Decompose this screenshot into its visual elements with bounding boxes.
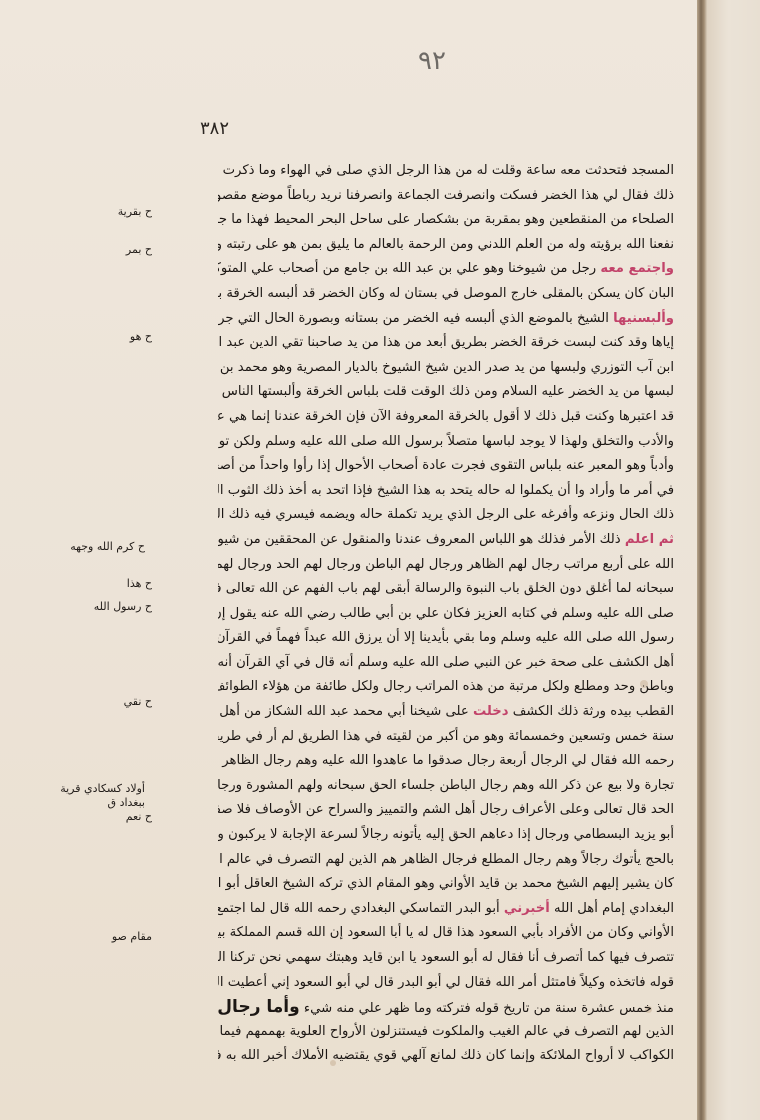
- text-line: رحمه الله فقال لي الرجال أربعة رجال صدقو…: [218, 749, 674, 774]
- text-line: قد اعتبرها وكنت قبل ذلك لا أقول بالخرقة …: [218, 405, 674, 430]
- line-text: على شيخنا أبي محمد عبد الله الشكاز من أه…: [218, 704, 469, 719]
- line-text: وأدباً وهو المعبر عنه بلباس التقوى فجرت …: [218, 458, 674, 473]
- text-line: ذلك الحال ونزعه وأفرغه على الرجل الذي ير…: [218, 503, 674, 528]
- text-line: الحد قال تعالى وعلى الأعراف رجال أهل الش…: [218, 798, 674, 823]
- rubric-heading: واجتمع معه: [600, 261, 674, 276]
- line-text: أبو يزيد البسطامي ورجال إذا دعاهم الحق إ…: [218, 827, 674, 842]
- section-heading: وأما رجال الباطن: [218, 997, 300, 1017]
- text-line: القطب بيده ورثة ذلك الكشف دخلت على شيخنا…: [218, 700, 674, 725]
- line-text: رحمه الله فقال لي الرجال أربعة رجال صدقو…: [218, 753, 674, 768]
- margin-note: ح هو: [82, 330, 152, 344]
- text-line: تتصرف فيها كما أتصرف أنا فقال له أبو الس…: [218, 946, 674, 971]
- text-line: الذين لهم التصرف في عالم الغيب والملكوت …: [218, 1020, 674, 1045]
- line-text: والأدب والتخلق ولهذا لا يوجد لباسها متصل…: [218, 434, 674, 449]
- line-text: لبسها من يد الخضر عليه السلام ومن ذلك ال…: [218, 384, 674, 399]
- line-text: الحد قال تعالى وعلى الأعراف رجال أهل الش…: [218, 802, 674, 817]
- text-line: وألبسنيها الشيخ بالموضع الذي ألبسه فيه ا…: [218, 307, 674, 332]
- line-text: ذلك فقال لي هذا الخضر فسكت وانصرفت الجما…: [218, 188, 674, 203]
- text-line: أبو يزيد البسطامي ورجال إذا دعاهم الحق إ…: [218, 823, 674, 848]
- text-line: في أمر ما وأراد وا أن يكملوا له حاله يتح…: [218, 479, 674, 504]
- line-text: الصلحاء من المنقطعين وهو بمقربة من بشكصا…: [218, 212, 674, 227]
- line-text: الذين لهم التصرف في عالم الغيب والملكوت …: [218, 1024, 674, 1039]
- text-line: والأدب والتخلق ولهذا لا يوجد لباسها متصل…: [218, 430, 674, 455]
- line-text: الأواني وكان من الأفراد بأبي السعود هذا …: [218, 925, 674, 940]
- line-text: البغدادي إمام أهل الله: [554, 901, 674, 916]
- text-line: ثم اعلم ذلك الأمر فذلك هو اللباس المعروف…: [218, 528, 674, 553]
- text-line: قوله فاتخذه وكيلاً فامتثل أمر الله فقال …: [218, 971, 674, 996]
- line-text: منذ خمس عشرة سنة من تاريخ قوله فتركته وم…: [304, 1001, 674, 1016]
- text-line: وأدباً وهو المعبر عنه بلباس التقوى فجرت …: [218, 454, 674, 479]
- line-text: ذلك الحال ونزعه وأفرغه على الرجل الذي ير…: [218, 507, 674, 522]
- text-line: الأواني وكان من الأفراد بأبي السعود هذا …: [218, 921, 674, 946]
- line-text: المسجد فتحدثت معه ساعة وقلت له من هذا ال…: [218, 163, 674, 178]
- text-line: الكواكب لا أرواح الملائكة وإنما كان ذلك …: [218, 1044, 674, 1069]
- margin-note: ح كرم الله وجهه: [35, 540, 145, 554]
- adjacent-page-edge: [707, 0, 760, 1120]
- text-line: ذلك فقال لي هذا الخضر فسكت وانصرفت الجما…: [218, 184, 674, 209]
- line-text: في أمر ما وأراد وا أن يكملوا له حاله يتح…: [218, 483, 674, 498]
- line-text: أبو البدر التماسكي البغدادي رحمه الله قا…: [218, 901, 500, 916]
- text-line: رسول الله صلى الله عليه وسلم وما بقي بأي…: [218, 626, 674, 651]
- line-text: كان يشير إليهم الشيخ محمد بن قايد الأوان…: [218, 876, 674, 891]
- line-text: صلى الله عليه وسلم في كتابه العزيز فكان …: [218, 606, 674, 621]
- rubric-heading: أخبرني: [504, 901, 550, 916]
- margin-note: ح بقرية: [82, 205, 152, 219]
- line-text: نفعنا الله برؤيته وله من العلم اللدني وم…: [218, 237, 674, 252]
- margin-note: ح نقي: [82, 695, 152, 709]
- line-text: رجل من شيوخنا وهو علي بن عبد الله بن جام…: [218, 261, 596, 276]
- text-line: إياها وقد كنت لبست خرقة الخضر بطريق أبعد…: [218, 331, 674, 356]
- line-text: سنة خمس وتسعين وخمسمائة وهو من أكبر من ل…: [218, 729, 674, 744]
- line-text: تتصرف فيها كما أتصرف أنا فقال له أبو الس…: [218, 950, 674, 965]
- margin-note: مقام صو: [82, 930, 152, 944]
- text-line: تجارة ولا بيع عن ذكر الله وهم رجال الباط…: [218, 774, 674, 799]
- text-line: صلى الله عليه وسلم في كتابه العزيز فكان …: [218, 602, 674, 627]
- line-text: ذلك الأمر فذلك هو اللباس المعروف عندنا و…: [218, 532, 621, 547]
- margin-note: أولاد كسكادي قرية ببغداد ق: [35, 782, 145, 810]
- line-text: الشيخ بالموضع الذي ألبسه فيه الخضر من بس…: [218, 311, 609, 326]
- line-text: البان كان يسكن بالمقلى خارج الموصل في بس…: [218, 286, 674, 301]
- text-line: منذ خمس عشرة سنة من تاريخ قوله فتركته وم…: [218, 995, 674, 1020]
- text-line: واجتمع معه رجل من شيوخنا وهو علي بن عبد …: [218, 257, 674, 282]
- line-text: بالحج يأتوك رجالاً وهم رجال المطلع فرجال…: [218, 852, 674, 867]
- line-text: رسول الله صلى الله عليه وسلم وما بقي بأي…: [218, 630, 674, 645]
- margin-note: ح بمر: [82, 243, 152, 257]
- line-text: تجارة ولا بيع عن ذكر الله وهم رجال الباط…: [218, 778, 674, 793]
- margin-note: ح نعم: [82, 810, 152, 824]
- line-text: أهل الكشف على صحة خبر عن النبي صلى الله …: [218, 655, 674, 670]
- margin-note: ح رسول الله: [82, 600, 152, 614]
- rubric-heading: وألبسنيها: [613, 311, 674, 326]
- catchword-mark: ٣٨٢: [200, 118, 229, 139]
- text-line: وباطن وحد ومطلع ولكل مرتبة من هذه المرات…: [218, 675, 674, 700]
- manuscript-page: ٩٢ ٣٨٢ المسجد فتحدثت معه ساعة وقلت له من…: [0, 0, 700, 1120]
- rubric-heading: دخلت: [473, 704, 509, 719]
- text-line: الصلحاء من المنقطعين وهو بمقربة من بشكصا…: [218, 208, 674, 233]
- text-line: البغدادي إمام أهل الله أخبرني أبو البدر …: [218, 897, 674, 922]
- text-line: بالحج يأتوك رجالاً وهم رجال المطلع فرجال…: [218, 848, 674, 873]
- line-text: القطب بيده ورثة ذلك الكشف: [513, 704, 674, 719]
- rubric-heading: ثم اعلم: [625, 532, 674, 547]
- line-text: إياها وقد كنت لبست خرقة الخضر بطريق أبعد…: [218, 335, 674, 350]
- text-line: البان كان يسكن بالمقلى خارج الموصل في بس…: [218, 282, 674, 307]
- text-line: ابن آب التوزري ولبسها من يد صدر الدين شي…: [218, 356, 674, 381]
- line-text: قد اعتبرها وكنت قبل ذلك لا أقول بالخرقة …: [218, 409, 674, 424]
- text-line: أهل الكشف على صحة خبر عن النبي صلى الله …: [218, 651, 674, 676]
- text-line: سبحانه لما أغلق دون الخلق باب النبوة وال…: [218, 577, 674, 602]
- text-line: لبسها من يد الخضر عليه السلام ومن ذلك ال…: [218, 380, 674, 405]
- line-text: وباطن وحد ومطلع ولكل مرتبة من هذه المرات…: [218, 679, 674, 694]
- margin-note: ح هذا: [82, 577, 152, 591]
- line-text: سبحانه لما أغلق دون الخلق باب النبوة وال…: [218, 581, 674, 596]
- folio-number: ٩٢: [418, 46, 446, 76]
- text-line: نفعنا الله برؤيته وله من العلم اللدني وم…: [218, 233, 674, 258]
- line-text: الكواكب لا أرواح الملائكة وإنما كان ذلك …: [218, 1048, 674, 1063]
- line-text: الله على أربع مراتب رجال لهم الظاهر ورجا…: [218, 557, 674, 572]
- text-line: الله على أربع مراتب رجال لهم الظاهر ورجا…: [218, 553, 674, 578]
- line-text: قوله فاتخذه وكيلاً فامتثل أمر الله فقال …: [218, 975, 674, 990]
- text-line: كان يشير إليهم الشيخ محمد بن قايد الأوان…: [218, 872, 674, 897]
- text-line: المسجد فتحدثت معه ساعة وقلت له من هذا ال…: [218, 159, 674, 184]
- line-text: ابن آب التوزري ولبسها من يد صدر الدين شي…: [218, 360, 674, 375]
- main-text-block: المسجد فتحدثت معه ساعة وقلت له من هذا ال…: [218, 159, 674, 1069]
- text-line: سنة خمس وتسعين وخمسمائة وهو من أكبر من ل…: [218, 725, 674, 750]
- book-spine-gutter: [697, 0, 707, 1120]
